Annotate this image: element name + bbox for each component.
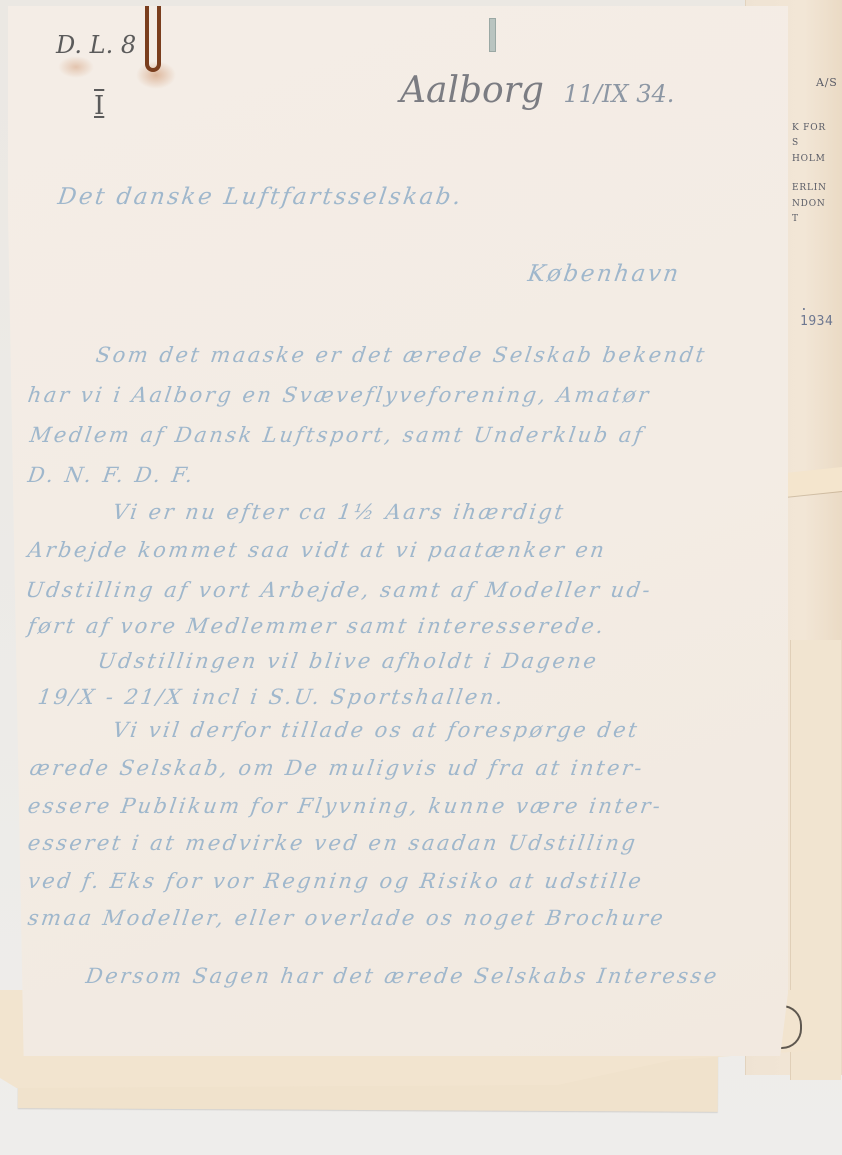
body-line: Udstilling af vort Arbejde, samt af Mode… [24,578,654,602]
letterhead-company-mark: A/S [816,75,842,91]
place-date-line: Aalborg 11/IX 34. [400,70,674,111]
body-line: Dersom Sagen har det ærede Selskabs Inte… [84,964,720,988]
reference-mark: D. L. 8 [56,31,136,59]
body-line: har vi i Aalborg en Svæveflyveforening, … [26,383,652,407]
body-line: Medlem af Dansk Luftsport, samt Underklu… [28,423,646,447]
paperclip-icon [145,6,161,72]
letterhead-line: ERLIN [792,181,842,197]
letterhead-line: HOLM [792,152,842,168]
rust-stain [58,56,94,78]
body-line: 19/X - 21/X incl i S.U. Sportshallen. [36,685,507,709]
place: Aalborg [400,70,544,111]
letter-sheet: D. L. 8 I Aalborg 11/IX 34. Det danske L… [8,6,788,1056]
body-line: esseret i at medvirke ved en saadan Udst… [26,831,639,855]
body-line: Vi er nu efter ca 1½ Aars ihærdigt [111,500,567,524]
letterhead-line: NDON [792,197,842,213]
letterhead-date-fragment: . 1934 [800,299,842,329]
body-line: ført af vore Medlemmer samt interessered… [26,614,607,638]
body-line: essere Publikum for Flyvning, kunne være… [26,794,664,818]
letterhead-spacer [792,167,842,181]
staple-icon [489,18,496,52]
body-line: Udstillingen vil blive afholdt i Dagene [96,649,600,673]
letterhead-line: K FOR [792,121,842,137]
date: 11/IX 34. [563,80,674,108]
body-line: Som det maaske er det ærede Selskab beke… [94,343,708,367]
body-line: D. N. F. D. F. [26,463,196,487]
recipient-name: Det danske Luftfartsselskab. [56,184,465,210]
body-line: ved f. Eks for vor Regning og Risiko at … [26,869,645,893]
body-line: ærede Selskab, om De muligvis ud fra at … [28,756,646,780]
recipient-city: København [526,261,682,287]
roman-numeral-mark: I [94,91,104,121]
letterhead-line: S [792,136,842,152]
body-line: smaa Modeller, eller overlade os noget B… [26,906,667,930]
body-line: Vi vil derfor tillade os at forespørge d… [111,718,641,742]
letterhead-line: T [792,212,842,228]
body-line: Arbejde kommet saa vidt at vi paatænker … [26,538,608,562]
letterhead: A/S K FOR S HOLM ERLIN NDON T [792,75,842,228]
